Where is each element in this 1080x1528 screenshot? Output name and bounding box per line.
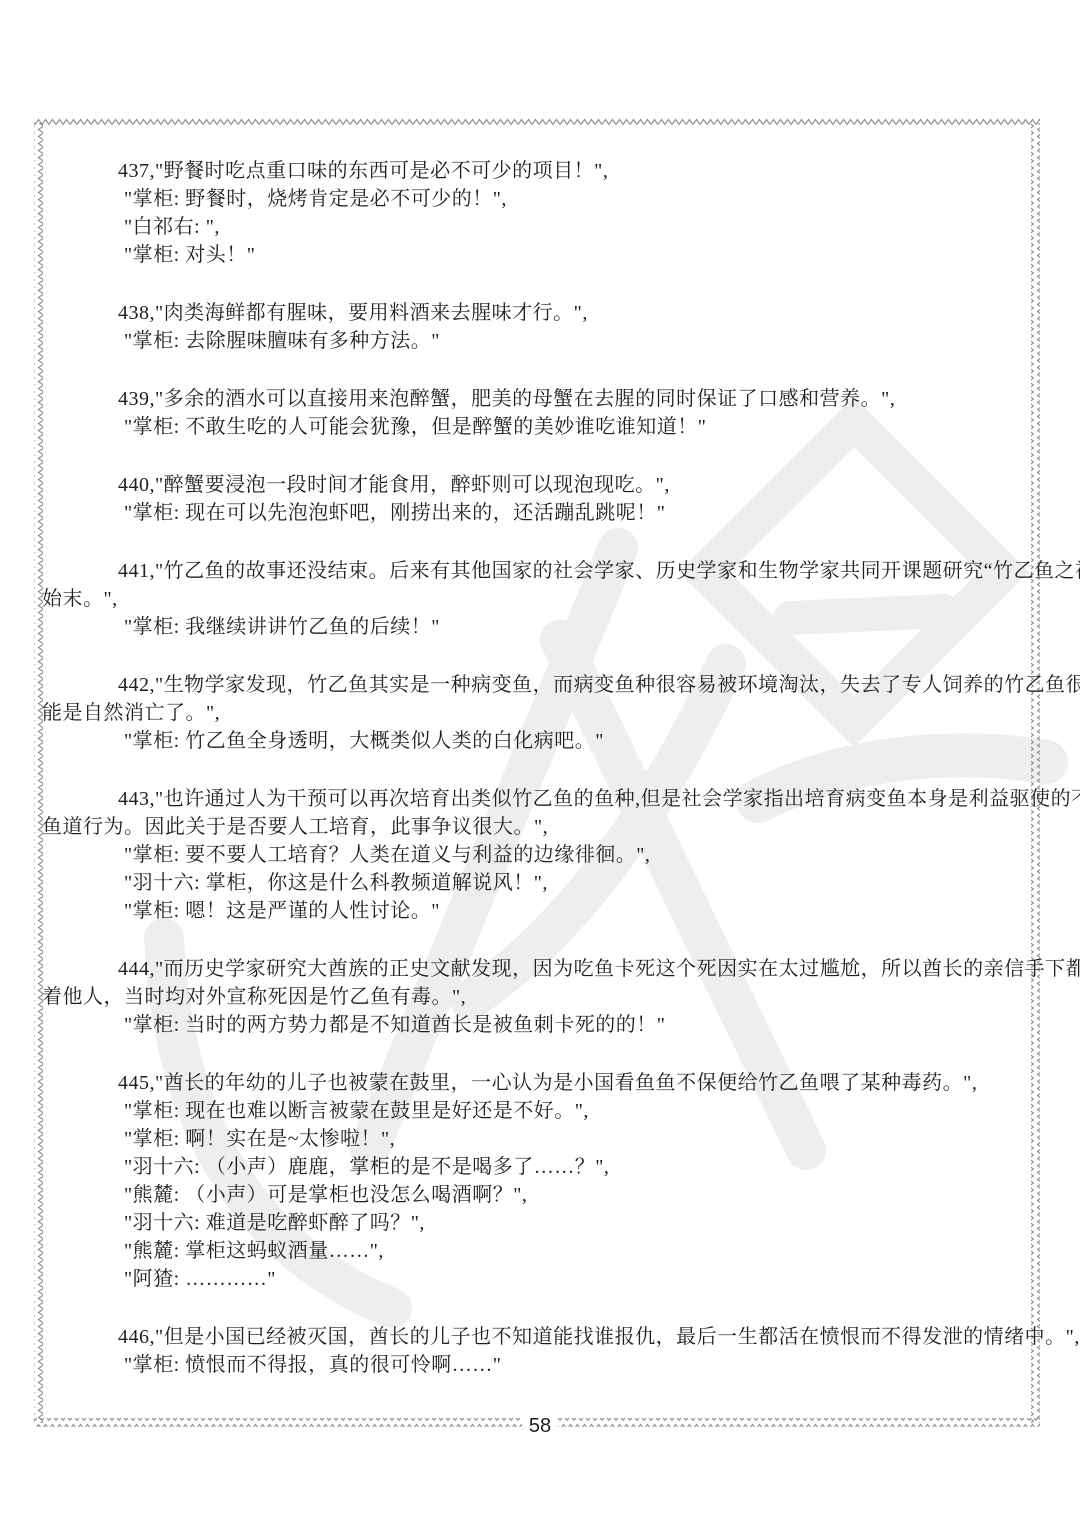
- dialogue-line: "掌柜: 竹乙鱼全身透明，大概类似人类的白化病吧。": [38, 727, 1038, 755]
- dialogue-line: "熊麓: 掌柜这蚂蚁酒量……",: [38, 1237, 1038, 1265]
- dialogue-line: "掌柜: 啊！实在是~太惨啦！",: [38, 1125, 1038, 1153]
- dialogue-line: 445,"酋长的年幼的儿子也被蒙在鼓里，一心认为是小国看鱼鱼不保便给竹乙鱼喂了某…: [38, 1069, 1038, 1097]
- dialogue-line: "掌柜: 嗯！这是严谨的人性讨论。": [38, 897, 1038, 925]
- dialogue-line: "熊麓: （小声）可是掌柜也没怎么喝酒啊？",: [38, 1181, 1038, 1209]
- dialogue-line: 能是自然消亡了。",: [38, 699, 1038, 727]
- dialogue-line: "掌柜: 野餐时，烧烤肯定是必不可少的！",: [38, 185, 1038, 213]
- dialogue-entry: 442,"生物学家发现，竹乙鱼其实是一种病变鱼，而病变鱼种很容易被环境淘汰，失去…: [38, 671, 1038, 755]
- dialogue-line: "白祁右: ",: [38, 213, 1038, 241]
- dialogue-entry: 440,"醉蟹要浸泡一段时间才能食用，醉虾则可以现泡现吃。","掌柜: 现在可以…: [38, 471, 1038, 527]
- dialogue-entry: 444,"而历史学家研究大酋族的正史文献发现，因为吃鱼卡死这个死因实在太过尴尬，…: [38, 955, 1038, 1039]
- dialogue-line: 442,"生物学家发现，竹乙鱼其实是一种病变鱼，而病变鱼种很容易被环境淘汰，失去…: [38, 671, 1038, 699]
- dialogue-entry: 438,"肉类海鲜都有腥味，要用料酒来去腥味才行。","掌柜: 去除腥味膻味有多…: [38, 299, 1038, 355]
- dialogue-line: "掌柜: 现在可以先泡泡虾吧，刚捞出来的，还活蹦乱跳呢！": [38, 499, 1038, 527]
- dialogue-line: "掌柜: 要不要人工培育？人类在道义与利益的边缘徘徊。",: [38, 841, 1038, 869]
- dialogue-line: 446,"但是小国已经被灭国，酋长的儿子也不知道能找谁报仇，最后一生都活在愤恨而…: [38, 1323, 1038, 1351]
- dialogue-line: "掌柜: 愤恨而不得报，真的很可怜啊……": [38, 1351, 1038, 1379]
- page-number: 58: [522, 1414, 558, 1438]
- dialogue-line: 438,"肉类海鲜都有腥味，要用料酒来去腥味才行。",: [38, 299, 1038, 327]
- dialogue-entry: 441,"竹乙鱼的故事还没结束。后来有其他国家的社会学家、历史学家和生物学家共同…: [38, 557, 1038, 641]
- dialogue-line: 着他人，当时均对外宣称死因是竹乙鱼有毒。",: [38, 983, 1038, 1011]
- document-text: 437,"野餐时吃点重口味的东西可是必不可少的项目！","掌柜: 野餐时，烧烤肯…: [38, 123, 1038, 1379]
- dialogue-line: "阿猹: …………": [38, 1265, 1038, 1293]
- dialogue-entry: 439,"多余的酒水可以直接用来泡醉蟹，肥美的母蟹在去腥的同时保证了口感和营养。…: [38, 385, 1038, 441]
- dialogue-line: "羽十六: （小声）鹿鹿，掌柜的是不是喝多了……？",: [38, 1153, 1038, 1181]
- dialogue-entry: 446,"但是小国已经被灭国，酋长的儿子也不知道能找谁报仇，最后一生都活在愤恨而…: [38, 1323, 1038, 1379]
- dialogue-entry: 443,"也许通过人为干预可以再次培育出类似竹乙鱼的鱼种,但是社会学家指出培育病…: [38, 785, 1038, 925]
- dialogue-line: 鱼道行为。因此关于是否要人工培育，此事争议很大。",: [38, 813, 1038, 841]
- dialogue-line: "掌柜: 去除腥味膻味有多种方法。": [38, 327, 1038, 355]
- dialogue-line: "掌柜: 当时的两方势力都是不知道酋长是被鱼刺卡死的的！": [38, 1011, 1038, 1039]
- dialogue-line: 440,"醉蟹要浸泡一段时间才能食用，醉虾则可以现泡现吃。",: [38, 471, 1038, 499]
- dialogue-line: 441,"竹乙鱼的故事还没结束。后来有其他国家的社会学家、历史学家和生物学家共同…: [38, 557, 1038, 585]
- dialogue-line: "羽十六: 掌柜，你这是什么科教频道解说风！",: [38, 869, 1038, 897]
- dialogue-line: "羽十六: 难道是吃醉虾醉了吗？",: [38, 1209, 1038, 1237]
- dialogue-line: "掌柜: 对头！": [38, 241, 1038, 269]
- dialogue-line: 437,"野餐时吃点重口味的东西可是必不可少的项目！",: [38, 157, 1038, 185]
- dialogue-line: 443,"也许通过人为干预可以再次培育出类似竹乙鱼的鱼种,但是社会学家指出培育病…: [38, 785, 1038, 813]
- dialogue-line: 444,"而历史学家研究大酋族的正史文献发现，因为吃鱼卡死这个死因实在太过尴尬，…: [38, 955, 1038, 983]
- dialogue-line: "掌柜: 不敢生吃的人可能会犹豫，但是醉蟹的美妙谁吃谁知道！": [38, 413, 1038, 441]
- dialogue-line: 始末。",: [38, 585, 1038, 613]
- dialogue-line: "掌柜: 现在也难以断言被蒙在鼓里是好还是不好。",: [38, 1097, 1038, 1125]
- document-page: 437,"野餐时吃点重口味的东西可是必不可少的项目！","掌柜: 野餐时，烧烤肯…: [0, 0, 1080, 1528]
- dialogue-entry: 437,"野餐时吃点重口味的东西可是必不可少的项目！","掌柜: 野餐时，烧烤肯…: [38, 157, 1038, 269]
- dialogue-entry: 445,"酋长的年幼的儿子也被蒙在鼓里，一心认为是小国看鱼鱼不保便给竹乙鱼喂了某…: [38, 1069, 1038, 1293]
- dialogue-line: 439,"多余的酒水可以直接用来泡醉蟹，肥美的母蟹在去腥的同时保证了口感和营养。…: [38, 385, 1038, 413]
- dialogue-line: "掌柜: 我继续讲讲竹乙鱼的后续！": [38, 613, 1038, 641]
